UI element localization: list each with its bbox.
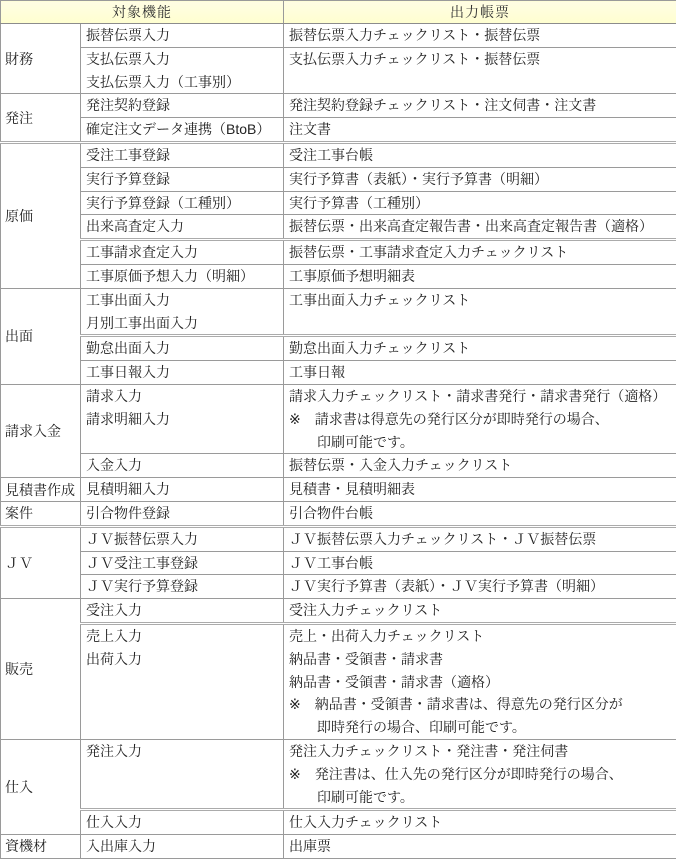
output-cell: 売上・出荷入力チェックリスト納品書・受領書・請求書納品書・受領書・請求書（適格）… [284,623,676,739]
output-label: ＪＶ振替伝票入力チェックリスト・ＪＶ振替伝票 [284,528,676,551]
function-label: ＪＶ実行予算登録 [81,575,283,598]
function-report-table: 対象機能 出力帳票 財務振替伝票入力振替伝票入力チェックリスト・振替伝票支払伝票… [0,0,676,859]
output-label: 振替伝票・出来高査定報告書・出来高査定報告書（適格） [284,215,676,238]
output-cell: 請求入力チェックリスト・請求書発行・請求書発行（適格）※ 請求書は得意先の発行区… [284,384,676,453]
category-cell: 財務 [1,24,81,94]
function-label: 工事原価予想入力（明細） [81,265,283,288]
table-row: 工事日報入力工事日報 [1,361,676,385]
function-cell: 発注入力 [81,739,284,809]
output-label: 工事出面入力チェックリスト [284,289,676,312]
table-row: 案件引合物件登録引合物件台帳 [1,501,676,526]
table-row: 売上入力出荷入力売上・出荷入力チェックリスト納品書・受領書・請求書納品書・受領書… [1,623,676,739]
output-cell: 支払伝票入力チェックリスト・振替伝票 [284,47,676,94]
function-label: 勤怠出面入力 [81,337,283,360]
function-cell: ＪＶ受注工事登録 [81,551,284,575]
category-cell: 請求入金 [1,384,81,477]
function-label: 入出庫入力 [81,835,283,858]
function-label: 発注契約登録 [81,94,283,117]
output-cell: 受注工事台帳 [284,142,676,167]
output-label: 仕入入力チェックリスト [284,811,676,834]
output-label: 振替伝票入力チェックリスト・振替伝票 [284,24,676,47]
output-cell: 振替伝票・工事請求査定入力チェックリスト [284,240,676,265]
output-label: 支払伝票入力チェックリスト・振替伝票 [284,48,676,71]
output-label: 注文書 [284,118,676,141]
output-cell: 勤怠出面入力チェックリスト [284,336,676,361]
function-cell: 出来高査定入力 [81,215,284,240]
note-line: ※ 発注書は、仕入先の発行区分が即時発行の場合、 [284,763,676,786]
function-cell: 発注契約登録 [81,94,284,118]
table-row: 財務振替伝票入力振替伝票入力チェックリスト・振替伝票 [1,24,676,48]
category-cell: 資機材 [1,835,81,859]
table-row: 見積書作成見積明細入力見積書・見積明細表 [1,478,676,502]
function-label: 工事出面入力 [81,289,283,312]
function-label: 見積明細入力 [81,478,283,501]
table-row: 請求入金請求入力請求明細入力請求入力チェックリスト・請求書発行・請求書発行（適格… [1,384,676,453]
output-label: 売上・出荷入力チェックリスト [284,625,676,648]
function-cell: 引合物件登録 [81,501,284,526]
output-cell: 工事出面入力チェックリスト [284,288,676,336]
category-cell: 発注 [1,94,81,143]
function-label: 入金入力 [81,454,283,477]
function-cell: 受注入力 [81,599,284,624]
output-label: 印刷可能です。 [284,786,676,809]
table-row: 入金入力振替伝票・入金入力チェックリスト [1,454,676,478]
output-cell: 実行予算書（工種別） [284,191,676,215]
output-cell: 発注入力チェックリスト・発注書・発注伺書※ 発注書は、仕入先の発行区分が即時発行… [284,739,676,809]
note-line: ※ 納品書・受領書・請求書は、得意先の発行区分が [284,693,676,716]
function-label: 請求明細入力 [81,408,283,431]
category-cell: 販売 [1,599,81,740]
table-row: 確定注文データ連携（BtoB）注文書 [1,118,676,143]
table-row: 勤怠出面入力勤怠出面入力チェックリスト [1,336,676,361]
function-cell: 受注工事登録 [81,142,284,167]
function-label: 支払伝票入力（工事別） [81,71,283,94]
output-cell: ＪＶ工事台帳 [284,551,676,575]
output-label: 見積書・見積明細表 [284,478,676,501]
table-row: ＪＶＪＶ振替伝票入力ＪＶ振替伝票入力チェックリスト・ＪＶ振替伝票 [1,526,676,551]
output-label: 即時発行の場合、印刷可能です。 [284,716,676,739]
function-cell: 工事請求査定入力 [81,240,284,265]
function-cell: 入金入力 [81,454,284,478]
function-cell: 実行予算登録（工種別） [81,191,284,215]
table-row: 工事原価予想入力（明細）工事原価予想明細表 [1,264,676,288]
function-cell: 勤怠出面入力 [81,336,284,361]
output-label: 振替伝票・入金入力チェックリスト [284,454,676,477]
output-cell: 仕入入力チェックリスト [284,810,676,835]
output-label: 受注入力チェックリスト [284,599,676,622]
output-cell: 工事原価予想明細表 [284,264,676,288]
output-cell: 見積書・見積明細表 [284,478,676,502]
output-label: 納品書・受領書・請求書 [284,648,676,671]
output-cell: 発注契約登録チェックリスト・注文伺書・注文書 [284,94,676,118]
function-label: 確定注文データ連携（BtoB） [81,118,283,141]
function-cell: ＪＶ実行予算登録 [81,575,284,599]
page: 対象機能 出力帳票 財務振替伝票入力振替伝票入力チェックリスト・振替伝票支払伝票… [0,0,676,859]
function-label: 受注工事登録 [81,144,283,167]
function-label: ＪＶ振替伝票入力 [81,528,283,551]
output-label: 振替伝票・工事請求査定入力チェックリスト [284,241,676,264]
function-label: 受注入力 [81,599,283,622]
output-label: 勤怠出面入力チェックリスト [284,337,676,360]
category-cell: 原価 [1,142,81,288]
output-label: 実行予算書（表紙）・実行予算書（明細） [284,168,676,191]
table-header-row: 対象機能 出力帳票 [1,1,676,24]
category-cell: 出面 [1,288,81,384]
output-label: 出庫票 [284,835,676,858]
function-label: 仕入入力 [81,811,283,834]
function-cell: 見積明細入力 [81,478,284,502]
function-cell: 工事日報入力 [81,361,284,385]
output-label: ＪＶ実行予算書（表紙）・ＪＶ実行予算書（明細） [284,575,676,598]
category-cell: ＪＶ [1,526,81,598]
function-label: 売上入力 [81,625,283,648]
table-row: ＪＶ実行予算登録ＪＶ実行予算書（表紙）・ＪＶ実行予算書（明細） [1,575,676,599]
output-label: 発注契約登録チェックリスト・注文伺書・注文書 [284,94,676,117]
function-cell: 実行予算登録 [81,167,284,191]
output-label: ＪＶ工事台帳 [284,552,676,575]
table-row: 工事請求査定入力振替伝票・工事請求査定入力チェックリスト [1,240,676,265]
function-label: 工事請求査定入力 [81,241,283,264]
output-label: 工事日報 [284,361,676,384]
output-label: 受注工事台帳 [284,144,676,167]
function-label: 出来高査定入力 [81,215,283,238]
table-row: 仕入入力仕入入力チェックリスト [1,810,676,835]
output-label: 発注入力チェックリスト・発注書・発注伺書 [284,740,676,763]
output-cell: 出庫票 [284,835,676,859]
function-label: 支払伝票入力 [81,48,283,71]
table-row: 仕入発注入力発注入力チェックリスト・発注書・発注伺書※ 発注書は、仕入先の発行区… [1,739,676,809]
function-cell: 工事原価予想入力（明細） [81,264,284,288]
table-row: 支払伝票入力支払伝票入力（工事別）支払伝票入力チェックリスト・振替伝票 [1,47,676,94]
output-label: 引合物件台帳 [284,502,676,525]
function-label: 実行予算登録（工種別） [81,192,283,215]
table-row: 実行予算登録実行予算書（表紙）・実行予算書（明細） [1,167,676,191]
function-label: 振替伝票入力 [81,24,283,47]
function-label: 月別工事出面入力 [81,312,283,335]
table-row: 出来高査定入力振替伝票・出来高査定報告書・出来高査定報告書（適格） [1,215,676,240]
function-cell: 振替伝票入力 [81,24,284,48]
column-header-target-function: 対象機能 [1,1,284,24]
output-cell: 受注入力チェックリスト [284,599,676,624]
category-cell: 仕入 [1,739,81,834]
output-cell: ＪＶ実行予算書（表紙）・ＪＶ実行予算書（明細） [284,575,676,599]
output-cell: 工事日報 [284,361,676,385]
function-cell: 支払伝票入力支払伝票入力（工事別） [81,47,284,94]
function-label: 工事日報入力 [81,361,283,384]
column-header-output-report: 出力帳票 [284,1,676,24]
function-cell: 確定注文データ連携（BtoB） [81,118,284,143]
category-cell: 案件 [1,501,81,526]
function-cell: 工事出面入力月別工事出面入力 [81,288,284,336]
note-line: ※ 請求書は得意先の発行区分が即時発行の場合、 [284,408,676,431]
category-cell: 見積書作成 [1,478,81,502]
function-label: 発注入力 [81,740,283,763]
function-cell: 請求入力請求明細入力 [81,384,284,453]
function-cell: 売上入力出荷入力 [81,623,284,739]
output-cell: 振替伝票・入金入力チェックリスト [284,454,676,478]
function-label: 実行予算登録 [81,168,283,191]
output-cell: 注文書 [284,118,676,143]
output-label: 請求入力チェックリスト・請求書発行・請求書発行（適格） [284,385,676,408]
output-label: 納品書・受領書・請求書（適格） [284,671,676,694]
table-row: 資機材入出庫入力出庫票 [1,835,676,859]
function-cell: 仕入入力 [81,810,284,835]
output-cell: 振替伝票・出来高査定報告書・出来高査定報告書（適格） [284,215,676,240]
function-label: 引合物件登録 [81,502,283,525]
table-row: ＪＶ受注工事登録ＪＶ工事台帳 [1,551,676,575]
table-row: 出面工事出面入力月別工事出面入力工事出面入力チェックリスト [1,288,676,336]
output-cell: 実行予算書（表紙）・実行予算書（明細） [284,167,676,191]
function-label: 請求入力 [81,385,283,408]
output-label: 工事原価予想明細表 [284,265,676,288]
output-label: 印刷可能です。 [284,431,676,454]
table-body: 財務振替伝票入力振替伝票入力チェックリスト・振替伝票支払伝票入力支払伝票入力（工… [1,24,676,859]
table-row: 発注発注契約登録発注契約登録チェックリスト・注文伺書・注文書 [1,94,676,118]
function-cell: 入出庫入力 [81,835,284,859]
function-label: 出荷入力 [81,648,283,671]
table-row: 原価受注工事登録受注工事台帳 [1,142,676,167]
function-cell: ＪＶ振替伝票入力 [81,526,284,551]
function-label: ＪＶ受注工事登録 [81,552,283,575]
output-cell: 振替伝票入力チェックリスト・振替伝票 [284,24,676,48]
table-row: 販売受注入力受注入力チェックリスト [1,599,676,624]
output-label: 実行予算書（工種別） [284,192,676,215]
output-cell: 引合物件台帳 [284,501,676,526]
output-cell: ＪＶ振替伝票入力チェックリスト・ＪＶ振替伝票 [284,526,676,551]
table-row: 実行予算登録（工種別）実行予算書（工種別） [1,191,676,215]
